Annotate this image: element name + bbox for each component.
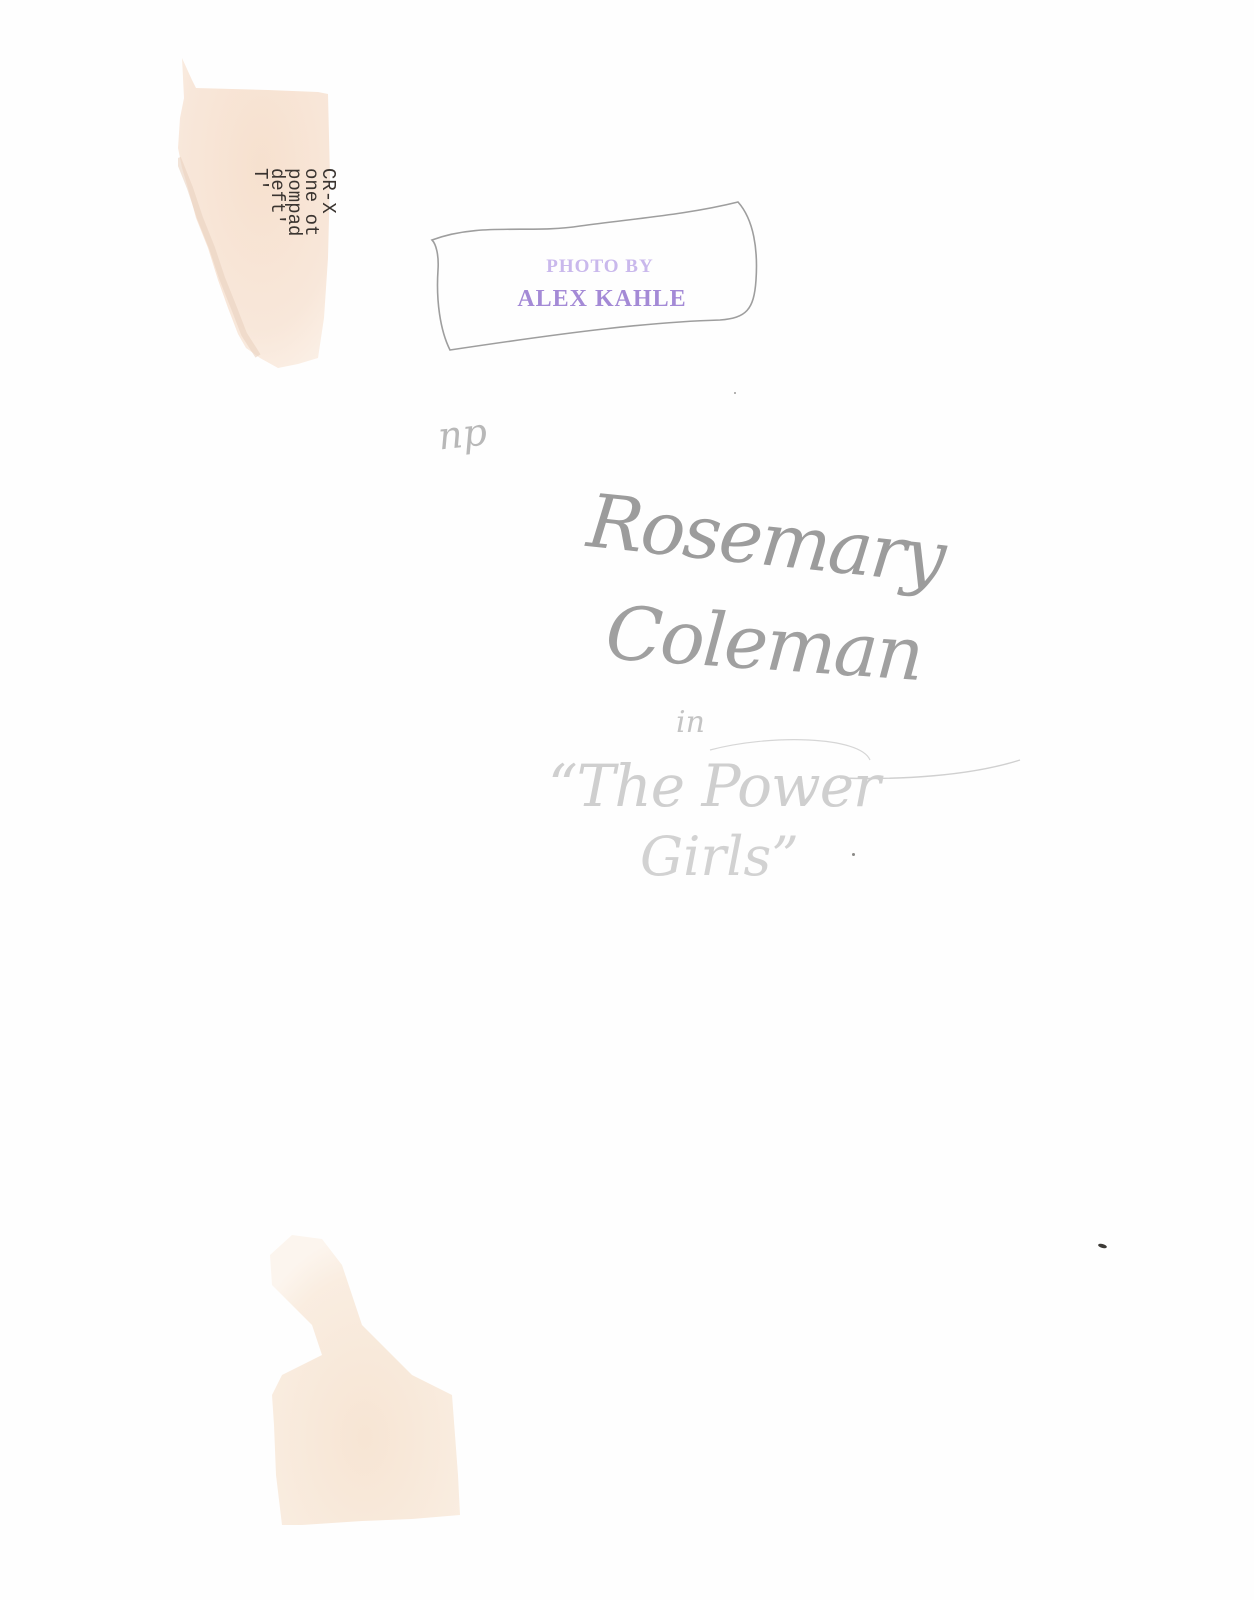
photographer-stamp: PHOTO BY ALEX KAHLE	[420, 200, 760, 360]
remnant-shape	[262, 1225, 472, 1555]
dust-speck	[734, 392, 736, 394]
stamp-photo-by: PHOTO BY	[420, 256, 760, 278]
handwritten-film-title-line2: Girls”	[640, 825, 799, 888]
handwritten-last-name: Coleman	[603, 590, 925, 698]
ink-speck	[1098, 1243, 1108, 1249]
torn-paper-remnant	[262, 1225, 472, 1555]
photo-back-page: CR-X one ot pompad deft' T' PHOTO BY ALE…	[0, 0, 1254, 1600]
typed-caption: CR-X one ot pompad deft' T'	[250, 168, 340, 318]
stamp-photographer-name: ALEX KAHLE	[420, 286, 760, 313]
caption-line-5: T'	[250, 168, 269, 191]
pencil-dot	[852, 853, 855, 856]
handwritten-initials: np	[436, 410, 489, 459]
handwritten-first-name: Rosemary	[584, 478, 949, 601]
handwritten-film-title-line1: “The Power	[548, 752, 880, 820]
pencil-box-outline	[420, 200, 760, 360]
